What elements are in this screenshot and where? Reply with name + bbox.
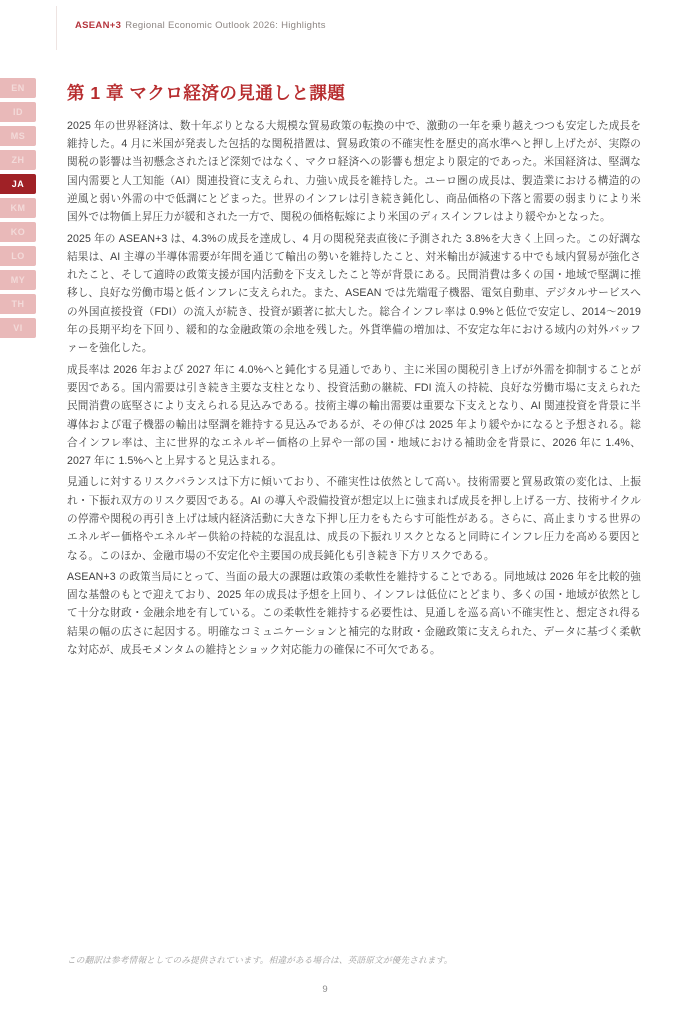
chapter-title: 第 1 章 マクロ経済の見通しと課題	[67, 82, 641, 105]
document-content: 第 1 章 マクロ経済の見通しと課題 2025 年の世界経済は、数十年ぶりとなる…	[67, 82, 641, 662]
page-number: 9	[0, 984, 650, 995]
lang-tab-ko[interactable]: KO	[0, 222, 36, 242]
language-sidebar: EN ID MS ZH JA KM KO LO MY TH VI	[0, 78, 36, 342]
lang-tab-ms[interactable]: MS	[0, 126, 36, 146]
lang-tab-th[interactable]: TH	[0, 294, 36, 314]
lang-tab-ja[interactable]: JA	[0, 174, 36, 194]
paragraph-2: 2025 年の ASEAN+3 は、4.3%の成長を達成し、4 月の関税発表直後…	[67, 230, 641, 358]
lang-tab-lo[interactable]: LO	[0, 246, 36, 266]
lang-tab-km[interactable]: KM	[0, 198, 36, 218]
paragraph-1: 2025 年の世界経済は、数十年ぶりとなる大規模な貿易政策の転換の中で、激動の一…	[67, 117, 641, 227]
report-brand: ASEAN+3	[75, 20, 121, 31]
report-title: Regional Economic Outlook 2026: Highligh…	[125, 20, 326, 31]
page-header: ASEAN+3Regional Economic Outlook 2026: H…	[75, 20, 326, 31]
translation-disclaimer: この翻訳は参考情報としてのみ提供されています。相違がある場合は、英語原文が優先さ…	[67, 954, 641, 966]
lang-tab-en[interactable]: EN	[0, 78, 36, 98]
lang-tab-vi[interactable]: VI	[0, 318, 36, 338]
lang-tab-id[interactable]: ID	[0, 102, 36, 122]
chapter-body: 2025 年の世界経済は、数十年ぶりとなる大規模な貿易政策の転換の中で、激動の一…	[67, 117, 641, 660]
header-left-rule	[56, 6, 57, 50]
lang-tab-zh[interactable]: ZH	[0, 150, 36, 170]
paragraph-4: 見通しに対するリスクバランスは下方に傾いており、不確実性は依然として高い。技術需…	[67, 473, 641, 564]
paragraph-5: ASEAN+3 の政策当局にとって、当面の最大の課題は政策の柔軟性を維持すること…	[67, 568, 641, 659]
lang-tab-my[interactable]: MY	[0, 270, 36, 290]
paragraph-3: 成長率は 2026 年および 2027 年に 4.0%へと鈍化する見通しであり、…	[67, 361, 641, 471]
